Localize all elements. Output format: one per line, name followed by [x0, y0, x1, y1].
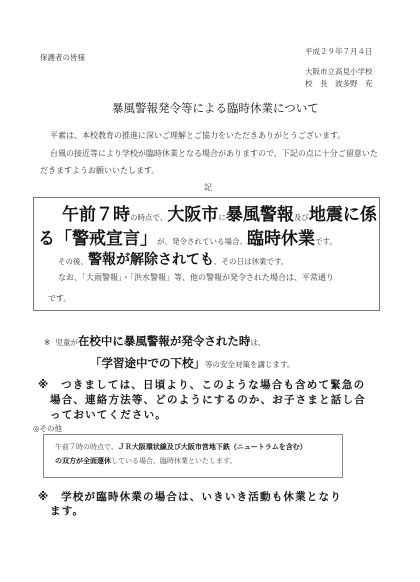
storm-warning-emphasis: 暴風警報 — [226, 205, 294, 225]
school-name: 大阪市立高見小学校 — [305, 66, 373, 77]
text: 午前７時の時点で、 — [55, 443, 118, 451]
rail-lines-emphasis: ＪＲ大阪環状線及び大阪市営地下鉄（ニュートラムを含む） — [118, 443, 307, 451]
text: 児童が — [55, 338, 78, 347]
text: 及び — [294, 213, 309, 222]
other-notice-box: 午前７時の時点で、ＪＲ大阪環状線及び大阪市営地下鉄（ニュートラムを含む） の双方… — [43, 434, 343, 478]
main-line-4: なお、「大雨警報」・「洪水警報」等、他の警報が発令された場合は、平常通り — [58, 272, 334, 283]
date: 平成２９年７月４日 — [305, 46, 373, 57]
time-emphasis: 午前７時 — [62, 205, 130, 225]
intro-line-3: だきますようお願いいたします。 — [40, 165, 159, 176]
earthquake-emphasis: 地震に係 — [309, 205, 377, 225]
note3-line-1: ※ 学校が臨時休業の場合は、いきいき活動も休業となり — [38, 489, 342, 504]
text: している場合、臨時休業といたします。 — [111, 457, 236, 465]
text: に — [218, 213, 226, 222]
main-line-1: 午前７時の時点で、大阪市に暴風警報及び地震に係 — [62, 200, 377, 225]
note2-line-3: っておいてください。 — [50, 407, 167, 422]
text: その後、 — [58, 257, 88, 266]
city-emphasis: 大阪市 — [167, 205, 218, 225]
ki-label: 記 — [204, 182, 212, 193]
early-dismissal-emphasis: 「学習途中での下校」 — [90, 356, 205, 370]
principal-name: 校 長 波多野 充 — [305, 78, 373, 89]
full-suspension-emphasis: の双方が全面運休 — [55, 457, 111, 465]
note3-line-2: ます。 — [50, 503, 84, 518]
in-school-emphasis: 在校中に暴風警報が発令された時 — [78, 334, 251, 348]
other-heading: ◎その他 — [33, 423, 62, 434]
other-line-1: 午前７時の時点で、ＪＲ大阪環状線及び大阪市営地下鉄（ニュートラムを含む） — [55, 442, 307, 452]
addressee: 保護者の皆様 — [40, 52, 85, 63]
text: の時点で、 — [130, 213, 167, 222]
other-line-2: の双方が全面運休している場合、臨時休業といたします。 — [55, 456, 236, 466]
main-notice-box: 午前７時の時点で、大阪市に暴風警報及び地震に係 る「警戒宣言」が、発令されている… — [33, 197, 380, 311]
main-line-5: です。 — [48, 293, 71, 304]
intro-line-2: 台風の接近等により学校が臨時休業となる場合がありますので、下記の点に十分ご留意い… — [50, 148, 378, 159]
alert-declaration-emphasis: る「警戒宣言」 — [38, 229, 157, 249]
asterisk-mark: ※ — [44, 338, 50, 347]
text: は、 — [250, 338, 265, 347]
lifted-emphasis: 警報が解除されても — [88, 252, 214, 268]
main-line-2: る「警戒宣言」が、発令されている場合、臨時休業です。 — [38, 224, 337, 249]
intro-line-1: 平素は、本校教育の推進に深いご理解とご協力をいただきありがとうございます。 — [50, 130, 345, 141]
note1-line-1: ※ 児童が在校中に暴風警報が発令された時は、 — [44, 330, 265, 349]
note1-line-2: 「学習途中での下校」等の安全対策を講じます。 — [90, 352, 294, 371]
text: 、その日は休業です。 — [214, 257, 288, 266]
text: 等の安全対策を講じます。 — [205, 360, 294, 369]
note2-line-2: 場合、連絡方法等、どのようにするのか、お子さまと話し合 — [50, 392, 366, 407]
text: が、発令されている場合、 — [157, 237, 247, 246]
text: です。 — [315, 237, 337, 246]
note2-line-1: ※ つきましては、日頃より、このような場合も含めて緊急の — [38, 377, 365, 392]
main-line-3: その後、警報が解除されても、その日は休業です。 — [58, 249, 288, 269]
page-title: 暴風警報発令等による臨時休業について — [112, 100, 319, 116]
closure-emphasis: 臨時休業 — [247, 229, 315, 249]
